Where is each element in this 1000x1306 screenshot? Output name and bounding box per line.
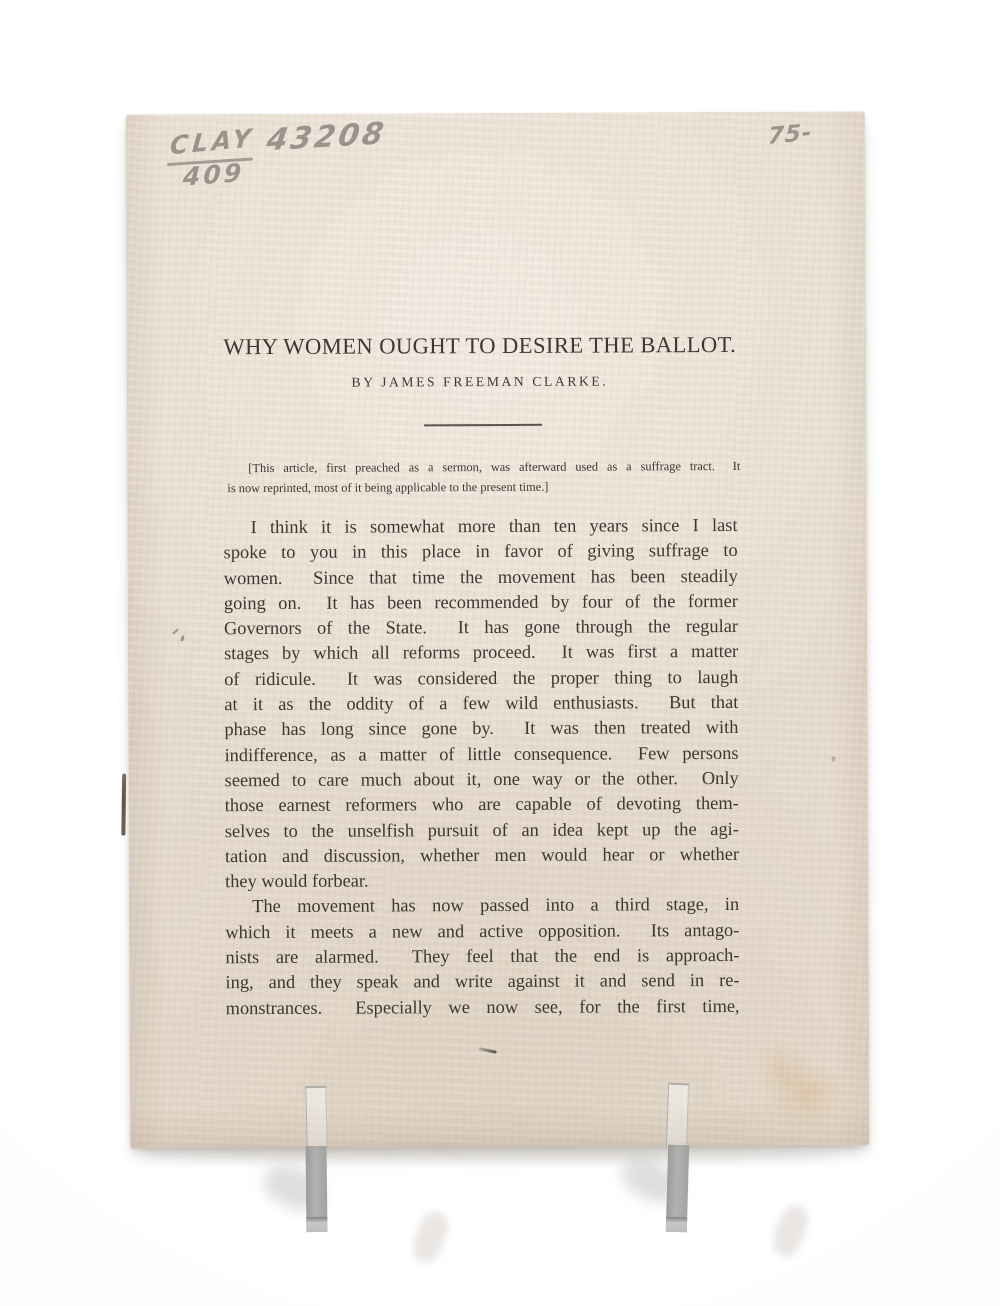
right-stand-post — [666, 1145, 689, 1233]
body-line: going on. It has been recommended by fou… — [224, 589, 738, 617]
divider-rule — [424, 424, 542, 427]
foxing-speck — [832, 757, 836, 762]
body-line: those earnest reformers who are capable … — [225, 791, 739, 819]
body-line: of ridicule. It was considered the prope… — [224, 665, 738, 693]
body-line: at it as the oddity of a few wild enthus… — [224, 690, 738, 718]
pamphlet-page: CLAY 409 43208 75- WHY WOMEN OUGHT TO DE… — [126, 111, 870, 1148]
pencil-dash-mark — [479, 1047, 497, 1054]
stand-shadow-on-paper — [409, 1208, 453, 1266]
left-stand-acrylic-tip — [305, 1086, 327, 1149]
right-stand-acrylic-tip — [666, 1083, 689, 1150]
body-line: women. Since that time the movement has … — [224, 564, 738, 592]
body-line: which it meets a new and active oppositi… — [225, 918, 739, 946]
body-line: monstrances. Especially we now see, for … — [226, 994, 740, 1022]
body-line: spoke to you in this place in favor of g… — [224, 538, 738, 566]
note-line: is now reprinted, most of it being appli… — [227, 476, 740, 498]
body-line: ing, and they speak and write against it… — [225, 968, 739, 996]
left-stand-post — [306, 1146, 328, 1232]
body-line: selves to the unselfish pursuit of an id… — [225, 817, 739, 845]
note-line: [This article, first preached as a sermo… — [227, 457, 740, 479]
photo-stage: CLAY 409 43208 75- WHY WOMEN OUGHT TO DE… — [0, 0, 1000, 1306]
body-text: I think it is somewhat more than ten yea… — [223, 513, 739, 1021]
body-line: seemed to care much about it, one way or… — [225, 766, 739, 794]
margin-pencil-tick — [172, 628, 179, 634]
staple — [121, 774, 126, 836]
body-line: The movement has now passed into a third… — [225, 892, 739, 920]
pencil-catalog-code-bottom: 409 — [182, 158, 245, 192]
body-line: stages by which all reforms proceed. It … — [224, 639, 738, 667]
body-line: phase has long since gone by. It was the… — [224, 715, 738, 743]
body-line: nists are alarmed. They feel that the en… — [225, 943, 739, 971]
body-line: I think it is somewhat more than ten yea… — [223, 513, 737, 541]
document-title: WHY WOMEN OUGHT TO DESIRE THE BALLOT. — [223, 332, 737, 360]
paper-stain-small — [747, 1028, 817, 1108]
pencil-catalog-code-top: CLAY — [169, 123, 256, 160]
editorial-note: [This article, first preached as a sermo… — [227, 457, 740, 498]
pencil-inventory-number: 43208 — [264, 116, 389, 158]
document-byline: BY JAMES FREEMAN CLARKE. — [223, 373, 737, 391]
body-line: they would forbear. — [225, 867, 739, 895]
body-line: Governors of the State. It has gone thro… — [224, 614, 738, 642]
margin-pencil-comma — [180, 635, 184, 642]
stand-shadow-on-paper — [769, 1202, 813, 1260]
pamphlet-floor-shadow — [150, 1148, 840, 1160]
body-line: indifference, as a matter of little cons… — [224, 741, 738, 769]
body-line: tation and discussion, whether men would… — [225, 842, 739, 870]
pencil-price-note: 75- — [767, 120, 813, 150]
